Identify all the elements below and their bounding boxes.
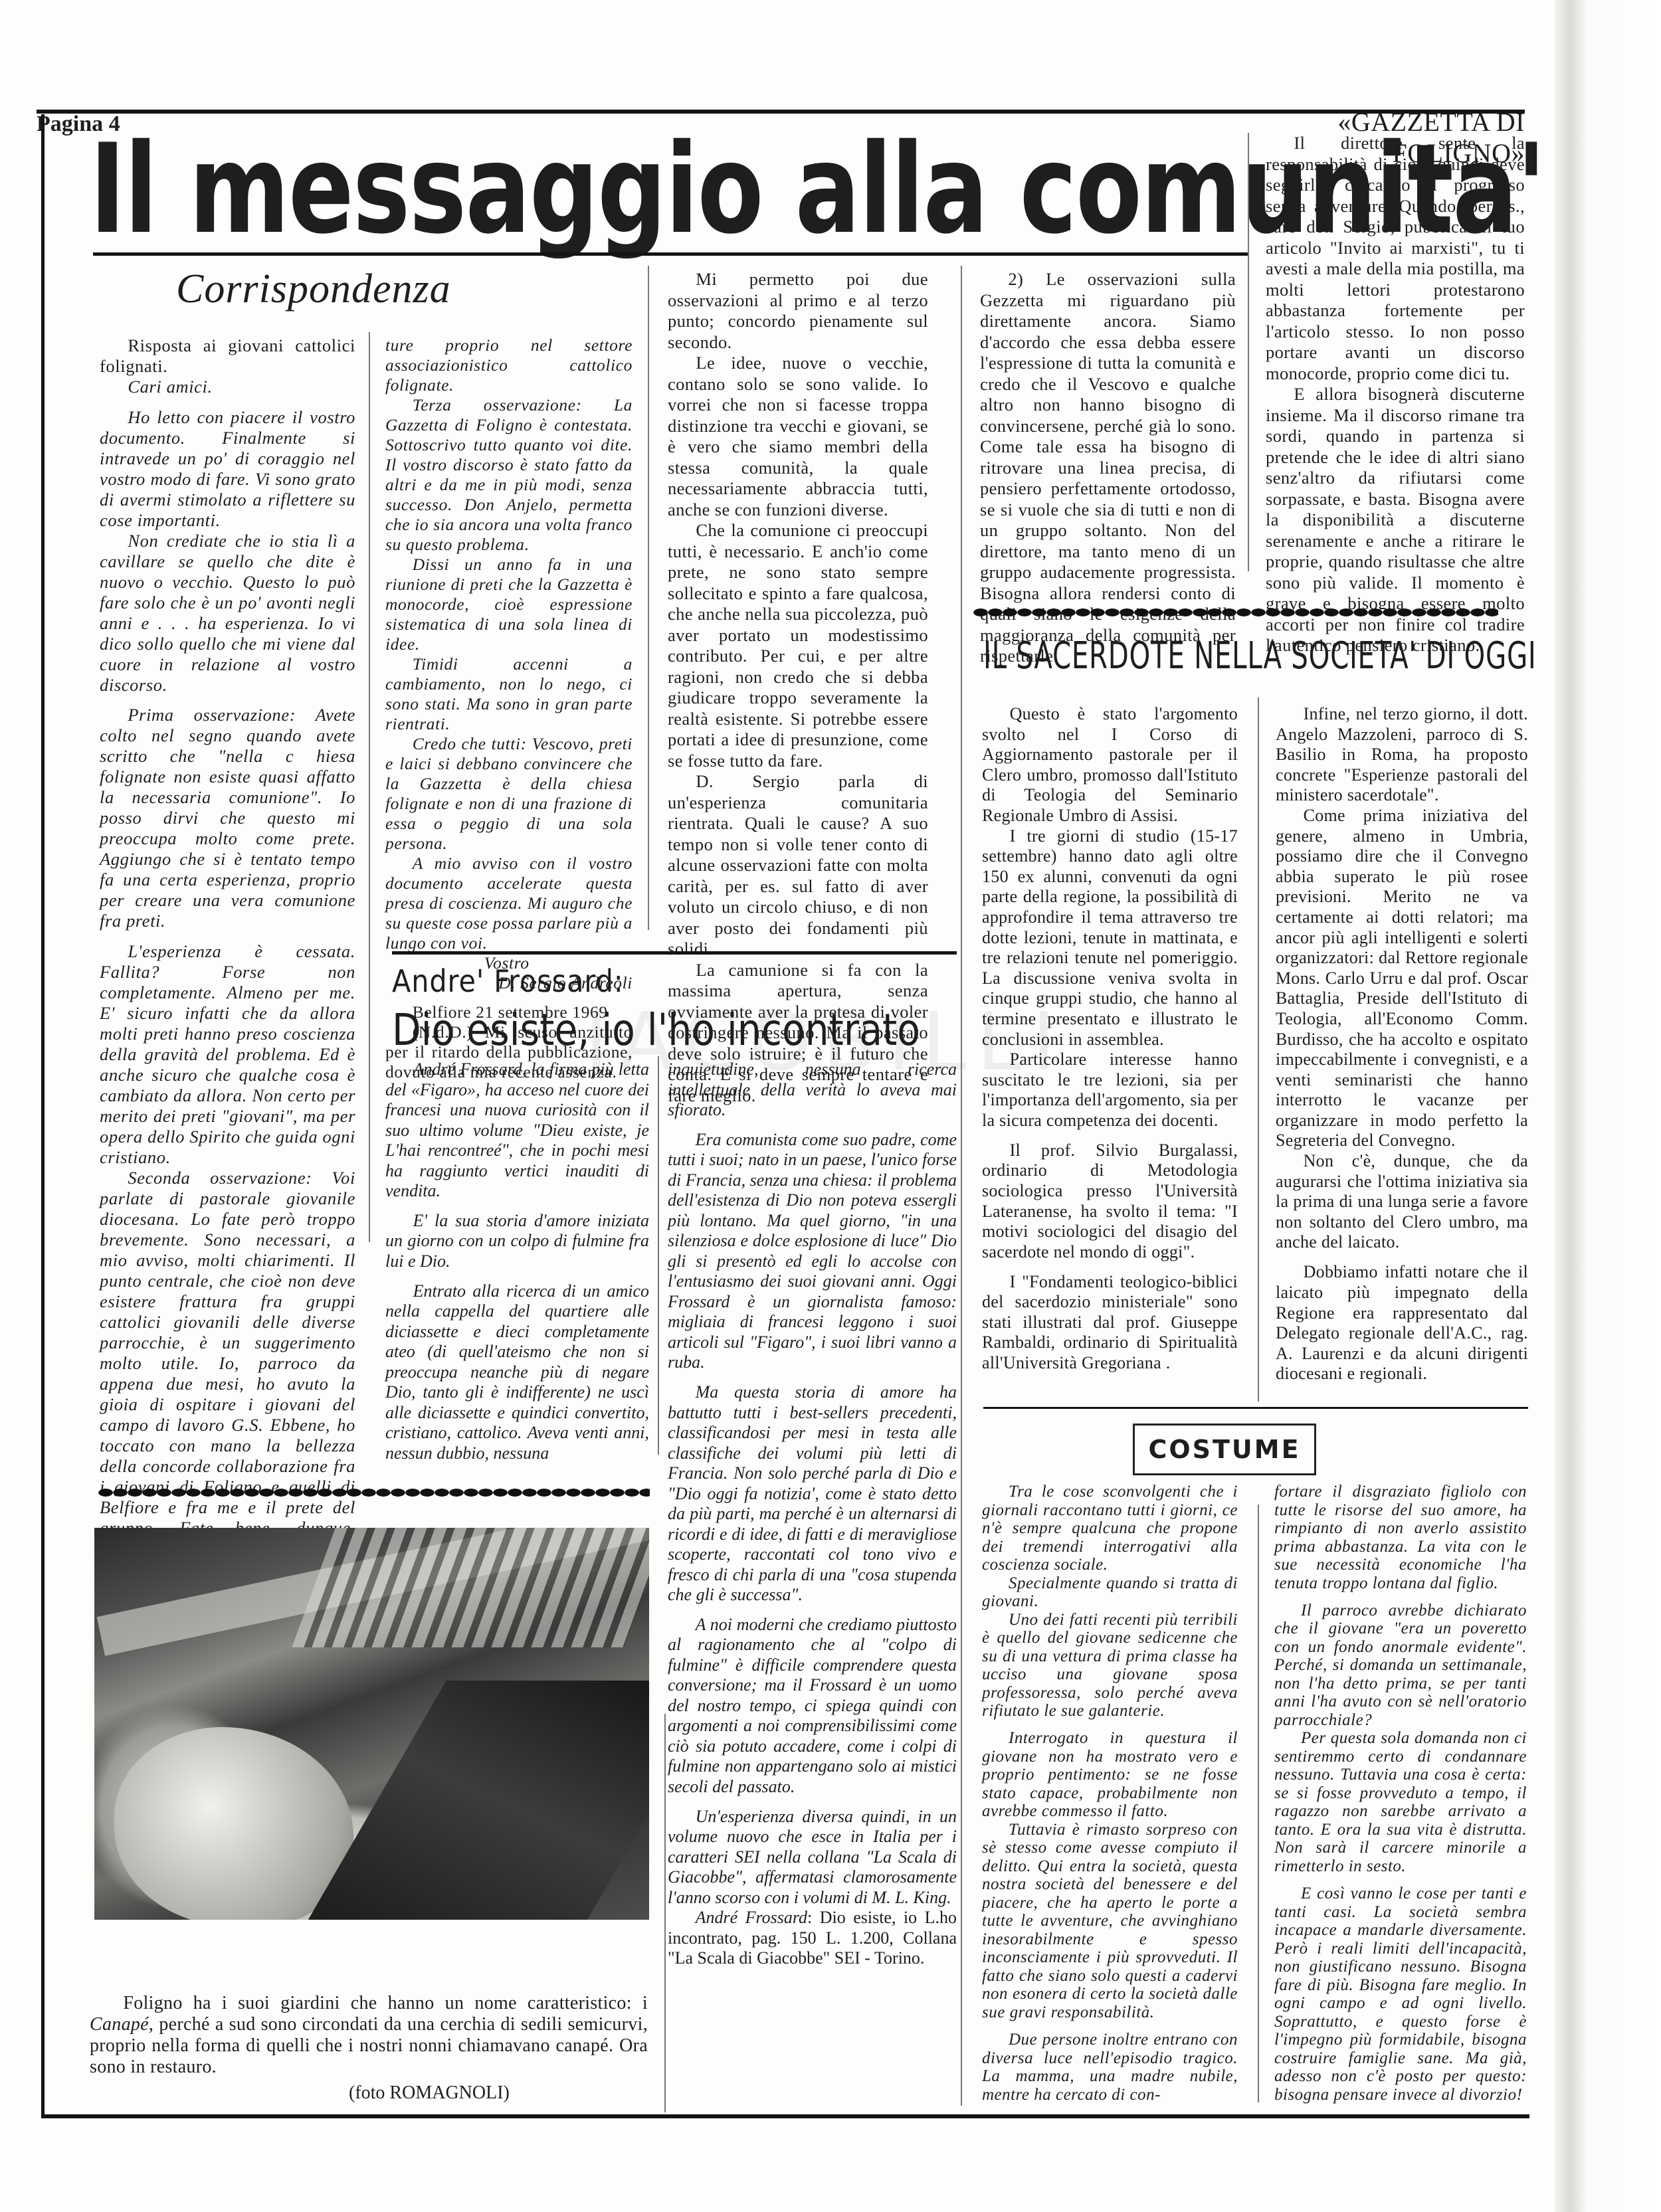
editor-paragraph: 2) Le osservazioni sulla Gezzetta mi rig… (980, 269, 1236, 667)
bottom-rule (41, 2114, 1529, 2118)
section-title-corrispondenza: Corrispondenza (176, 266, 451, 313)
book-reference: André Frossard: Dio esiste, io L.ho inco… (668, 1908, 957, 1969)
article-paragraph: Interrogato in questura il giovane non h… (982, 1729, 1238, 1821)
garden-photo (94, 1528, 649, 1920)
column-divider (1258, 697, 1259, 1402)
letter-paragraph: Terza osservazione: La Gazzetta di Folig… (385, 395, 633, 555)
photo-detail (114, 1727, 353, 1920)
letter-paragraph: Ho letto con piacere il vostro documento… (100, 407, 355, 531)
letter-paragraph: Risposta ai giovani cattolici folignati. (100, 335, 355, 377)
editor-paragraph: D. Sergio parla di un'esperienza comunit… (668, 771, 928, 960)
editor-paragraph: Il direttore sente la responsabilità di … (1266, 133, 1525, 384)
photo-detail (292, 1528, 649, 1647)
article-paragraph: Particolare interesse hanno suscitato le… (982, 1050, 1238, 1131)
article-paragraph: Tra le cose sconvolgenti che i giornali … (982, 1483, 1238, 1574)
article-paragraph: E così vanno le cose per tanti e tanti c… (1274, 1885, 1527, 2104)
letter-paragraph: Dissi un anno fa in una riunione di pret… (385, 555, 633, 654)
main-headline: Il messaggio alla comunita' (90, 123, 1002, 256)
column-divider (664, 1714, 666, 2112)
article-paragraph: Dobbiamo infatti notare che il laicato p… (1276, 1262, 1528, 1384)
editor-column-5: Il direttore sente la responsabilità di … (1266, 133, 1525, 656)
article-paragraph: André Frossard, la firma più letta del «… (385, 1060, 649, 1202)
column-divider (369, 332, 370, 1242)
editor-column-3: Mi permetto poi due osservazioni al prim… (668, 269, 928, 1106)
article-paragraph: I "Fondamenti teologico-biblici del sace… (982, 1272, 1238, 1374)
header-rule (37, 110, 1525, 114)
column-divider (1258, 1505, 1259, 2102)
caption-text: Foligno ha i suoi giardini che hanno un … (90, 1993, 648, 2078)
article-paragraph: inquietudine, nessuna ricerca intellettu… (668, 1060, 957, 1121)
column-divider (961, 266, 962, 2106)
sacerdote-column-2: Infine, nel terzo giorno, il dott. Angel… (1276, 704, 1528, 1384)
sacerdote-column-1: Questo è stato l'argomento svolto nel I … (982, 704, 1238, 1374)
article-paragraph: Ma questa storia di amore ha battutto tu… (668, 1382, 957, 1606)
costume-label: COSTUME (1133, 1424, 1316, 1475)
article-paragraph: Uno dei fatti recenti più terribili è qu… (982, 1611, 1238, 1720)
article-paragraph: Il prof. Silvio Burgalassi, ordinario di… (982, 1141, 1238, 1263)
costume-column-2: fortare il disgraziato figliolo con tutt… (1274, 1483, 1527, 2104)
frame-left-border (41, 114, 45, 2117)
article-paragraph: fortare il disgraziato figliolo con tutt… (1274, 1483, 1527, 1592)
section-rule (983, 1407, 1528, 1409)
letter-paragraph: Credo che tutti: Vescovo, preti e laici … (385, 734, 633, 854)
photo-caption: Foligno ha i suoi giardini che hanno un … (90, 1993, 648, 2078)
frossard-column-1: André Frossard, la firma più letta del «… (385, 1060, 649, 1463)
article-paragraph: Infine, nel terzo giorno, il dott. Angel… (1276, 704, 1528, 806)
article-paragraph: Come prima iniziativa del genere, almeno… (1276, 806, 1528, 1151)
article-paragraph: A noi moderni che crediamo piuttosto al … (668, 1615, 957, 1797)
section-rule (392, 951, 957, 955)
photo-detail (300, 1681, 649, 1920)
letter-paragraph: ture proprio nel settore associazionisti… (385, 335, 633, 395)
article-paragraph: Questo è stato l'argomento svolto nel I … (982, 704, 1238, 826)
article-paragraph: Non c'è, dunque, che da augurarsi che l'… (1276, 1151, 1528, 1253)
dotted-separator (973, 608, 1498, 617)
letter-paragraph: L'esperienza è cessata. Fallita? Forse n… (100, 941, 355, 1168)
article-paragraph: I tre giorni di studio (15-17 settembre)… (982, 826, 1238, 1050)
frossard-column-2: inquietudine, nessuna ricerca intellettu… (668, 1060, 957, 1969)
article-paragraph: Entrato alla ricerca di un amico nella c… (385, 1281, 649, 1464)
letter-paragraph: Prima osservazione: Avete colto nel segn… (100, 705, 355, 931)
sacerdote-headline: IL SACERDOTE NELLA SOCIETA' DI OGGI (983, 634, 1537, 678)
editor-paragraph: Che la comunione ci preoccupi tutti, è n… (668, 520, 928, 771)
caption-part: Foligno ha i suoi giardini che hanno un … (123, 1993, 648, 2013)
article-paragraph: Tuttavia è rimasto sorpreso con sè stess… (982, 1821, 1238, 2022)
article-paragraph: Un'esperienza diversa quindi, in un volu… (668, 1807, 957, 1908)
column-divider (648, 266, 649, 930)
letter-column-1: Risposta ai giovani cattolici folignati.… (100, 335, 355, 1724)
photo-credit: (foto ROMAGNOLI) (349, 2082, 510, 2104)
article-paragraph: E' la sua storia d'amore iniziata un gio… (385, 1211, 649, 1272)
editor-column-4: 2) Le osservazioni sulla Gezzetta mi rig… (980, 269, 1236, 667)
column-divider (658, 1056, 659, 1455)
caption-italic: Canapé (90, 2014, 149, 2035)
costume-column-1: Tra le cose sconvolgenti che i giornali … (982, 1483, 1238, 2104)
frossard-kicker: Andre' Frossard: (392, 963, 624, 999)
letter-salutation: Cari amici. (100, 377, 355, 397)
letter-paragraph: A mio avviso con il vostro documento acc… (385, 854, 633, 953)
article-paragraph: Per questa sola domanda non ci sentiremm… (1274, 1729, 1527, 1875)
column-divider (1248, 133, 1249, 571)
article-paragraph: Specialmente quando si tratta di giovani… (982, 1574, 1238, 1611)
caption-part: , perché a sud sono circondati da una ce… (90, 2014, 648, 2077)
article-paragraph: Era comunista come suo padre, come tutti… (668, 1130, 957, 1373)
book-author: André Frossard (696, 1908, 807, 1927)
editor-paragraph: Mi permetto poi due osservazioni al prim… (668, 269, 928, 353)
letter-paragraph: Timidi accenni a cambiamento, non lo neg… (385, 654, 633, 734)
article-paragraph: Due persone inoltre entrano con diversa … (982, 2031, 1238, 2104)
headline-underline (93, 252, 1249, 256)
editor-paragraph: Le idee, nuove o vecchie, contano solo s… (668, 353, 928, 520)
frossard-headline: Dio esiste, io l'ho incontrato (392, 1004, 920, 1056)
dotted-separator (98, 1488, 650, 1497)
letter-paragraph: Non crediate che io stia lì a cavillare … (100, 531, 355, 695)
page-fold-shadow (1555, 0, 1661, 2212)
article-paragraph: Il parroco avrebbe dichiarato che il gio… (1274, 1602, 1527, 1730)
